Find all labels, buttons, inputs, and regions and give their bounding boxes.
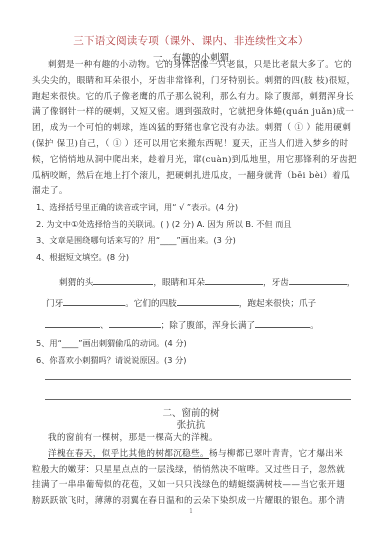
question-6: 6、你喜欢小刺猬吗？请说说原因。(3 分) (36, 355, 186, 366)
document-page: 三下语文阅读专项（课外、课内、非连续性文本） 一、有趣的小刺猬 刺猬是一种有趣的… (0, 0, 382, 540)
fill-blank[interactable] (45, 318, 100, 328)
question-1: 1、选择括号里正确的读音或字词，用“ √ ”表示。(4 分) (36, 202, 238, 213)
passage-line: 团，成为一个可怕的刺球，连凶猛的野猪也拿它没有办法。刺猬（ ① ）能用硬刺 (32, 121, 352, 137)
answer-line-1[interactable] (45, 379, 351, 380)
passage-line: (保护 保卫)自己，（ ① ）还可以用它来搬东西呢！夏天，正当人们进入梦乡的时 (32, 137, 352, 153)
passage-line: 跑起来很快。它的爪子像老鹰的爪子那么锐利，那么有力。除了腹部，刺猬浑身长 (32, 90, 352, 106)
answer-line-2[interactable] (45, 399, 351, 400)
fill-blank[interactable] (255, 318, 310, 328)
passage-line: 刺猬是一种有趣的小动物。它的身体活像一只老鼠，只是比老鼠大多了。它的 (32, 58, 352, 74)
passage-text: 杨与柳都已翠叶青青，它才爆出米 (209, 449, 343, 459)
fill-blank[interactable] (109, 318, 161, 328)
fill-label: 。它们的四肢 (125, 299, 177, 309)
question-2: 2. 为文中①处选择恰当的关联词。( ) (2 分) A. 因为 所以 B. 不… (36, 219, 292, 230)
passage-line: 粒般大的嫩芽：只星星点点的一层浅绿，悄悄然决不喧哗。又过些日子，忽然就 (32, 463, 352, 479)
section2-author: 张抗抗 (0, 417, 382, 431)
fill-in-row-3: 、；除了腹部，浑身长满了。 (45, 318, 319, 331)
passage-line: 挂满了一串串葡萄似的花苞，又如一只只浅绿色的蜻蜓缀满树枝——当它张开翅 (32, 478, 352, 494)
fill-blank[interactable] (177, 296, 239, 306)
fill-label: 刺猬的头 (59, 278, 93, 288)
fill-blank[interactable] (63, 296, 125, 306)
fill-label: 。 (310, 321, 319, 331)
fill-label: ，眼睛和耳朵 (153, 278, 205, 288)
passage-line: 满了像钢针一样的硬刺，又短又密。遇到强敌时，它就把身体蜷(quán juǎn)成… (32, 105, 352, 121)
passage-line: 瓜柄咬断，然后在地上打个滚儿，把硬刺扎进瓜皮，一翻身就背（bēi bèi）着瓜 (32, 169, 352, 185)
question-5: 5、用“____”画出刺猬偷瓜的动词。(4 分) (36, 338, 187, 349)
fill-label: ，牙齿 (263, 278, 289, 288)
fill-in-row-1: 刺猬的头，眼睛和耳朵，牙齿， (59, 275, 355, 288)
section1-passage: 刺猬是一种有趣的小动物。它的身体活像一只老鼠，只是比老鼠大多了。它的 头尖尖的，… (32, 58, 352, 200)
fill-blank[interactable] (93, 275, 153, 285)
passage-line: 洋槐在春天，似乎比其他的树都沉稳些。杨与柳都已翠叶青青，它才爆出米 (32, 447, 352, 463)
document-title: 三下语文阅读专项（课外、课内、非连续性文本） (0, 33, 382, 48)
question-4: 4、根据短文填空。(8 分) (36, 252, 129, 263)
question-3: 3、文章是围绕哪句话来写的？用“____”画出来。(3 分) (36, 235, 236, 246)
passage-line: 头尖尖的，眼睛和耳朵很小，牙齿非常锋利，门牙特别长。刺猬的四(肢 枝)很短， (32, 74, 352, 90)
fill-label: 门牙 (46, 299, 63, 309)
passage-line: 候，它悄悄地从洞中爬出来，趁着月光，窜(cuàn)到瓜地里，用它那锋利的牙齿把 (32, 153, 352, 169)
passage-line: 我的窗前有一棵树，那是一棵高大的洋槐。 (32, 431, 352, 447)
fill-blank[interactable] (205, 275, 263, 285)
fill-blank[interactable] (289, 275, 347, 285)
fill-label: 、 (100, 321, 109, 331)
fill-label: ， (347, 278, 356, 288)
page-number: 1 (0, 508, 382, 515)
fill-label: ；除了腹部，浑身长满了 (161, 321, 256, 331)
fill-in-row-2: 门牙。它们的四肢，跑起来很快；爪子 (46, 296, 316, 309)
passage-line: 溜走了。 (32, 184, 352, 200)
section2-passage: 我的窗前有一棵树，那是一棵高大的洋槐。 洋槐在春天，似乎比其他的树都沉稳些。杨与… (32, 431, 352, 510)
fill-label: ，跑起来很快；爪子 (239, 299, 316, 309)
underlined-sentence: 洋槐在春天，似乎比其他的树都沉稳些。 (48, 449, 209, 459)
